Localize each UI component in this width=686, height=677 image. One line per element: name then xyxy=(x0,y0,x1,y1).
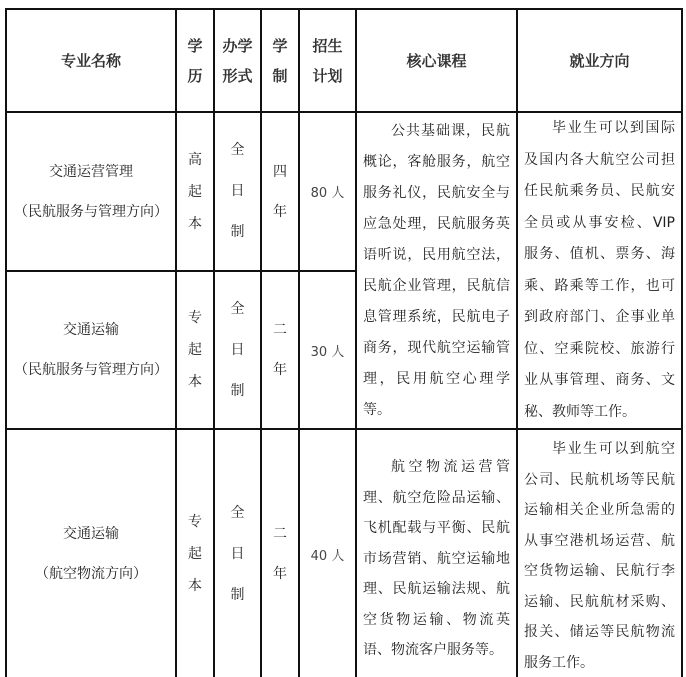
level-text: 专起本 xyxy=(188,302,202,398)
major-direction: （航空物流方向） xyxy=(7,554,175,594)
duration-cell: 四年 xyxy=(261,112,299,271)
mode-text: 全日制 xyxy=(231,130,245,253)
table-row: 交通运营管理 （民航服务与管理方向） 高起本 全日制 四年 80 人 公共基础课… xyxy=(6,112,682,271)
level-cell: 专起本 xyxy=(176,271,214,429)
career-cell-merged: 毕业生可以到国际及国内各大航空公司担任民航乘务员、民航安全员或从事安检、VIP … xyxy=(517,112,682,429)
major-name: 交通运营管理 xyxy=(7,152,175,192)
enrollment-cell: 30 人 xyxy=(299,271,356,429)
duration-text: 二年 xyxy=(273,514,287,594)
mode-text: 全日制 xyxy=(231,289,245,412)
header-duration-text: 学制 xyxy=(273,31,288,91)
enrollment-cell: 40 人 xyxy=(299,429,356,677)
duration-cell: 二年 xyxy=(261,429,299,677)
header-level-text: 学历 xyxy=(188,31,203,91)
major-direction: （民航服务与管理方向） xyxy=(7,350,175,390)
majors-table: 专业名称 学历 办学形式 学制 招生计划 核心课程 就业方向 交通运营管理 （民… xyxy=(5,8,683,677)
header-career: 就业方向 xyxy=(517,9,682,112)
header-major: 专业名称 xyxy=(6,9,176,112)
major-cell: 交通运输 （民航服务与管理方向） xyxy=(6,271,176,429)
level-text: 专起本 xyxy=(188,506,202,602)
mode-text: 全日制 xyxy=(231,493,245,616)
duration-text: 二年 xyxy=(273,310,287,390)
header-duration: 学制 xyxy=(261,9,299,112)
courses-text: 公共基础课，民航概论，客舱服务，航空服务礼仪，民航安全与应急处理，民航服务英语听… xyxy=(357,116,516,426)
header-enrollment: 招生计划 xyxy=(299,9,356,112)
mode-cell: 全日制 xyxy=(214,429,261,677)
major-direction: （民航服务与管理方向） xyxy=(7,192,175,232)
mode-cell: 全日制 xyxy=(214,112,261,271)
major-cell: 交通运营管理 （民航服务与管理方向） xyxy=(6,112,176,271)
level-cell: 高起本 xyxy=(176,112,214,271)
enrollment-text: 40 人 xyxy=(311,549,345,564)
header-mode: 办学形式 xyxy=(214,9,261,112)
level-text: 高起本 xyxy=(188,144,202,240)
header-level: 学历 xyxy=(176,9,214,112)
major-name: 交通运输 xyxy=(7,310,175,350)
level-cell: 专起本 xyxy=(176,429,214,677)
courses-cell: 航空物流运营管理、航空危险品运输、飞机配载与平衡、民航市场营销、航空运输地理、民… xyxy=(356,429,517,677)
career-text: 毕业生可以到航空公司、民航机场等民航运输相关企业所急需的从事空港机场运营、航空货… xyxy=(518,434,681,677)
header-enrollment-text: 招生计划 xyxy=(313,31,343,91)
duration-cell: 二年 xyxy=(261,271,299,429)
header-row: 专业名称 学历 办学形式 学制 招生计划 核心课程 就业方向 xyxy=(6,9,682,112)
career-text: 毕业生可以到国际及国内各大航空公司担任民航乘务员、民航安全员或从事安检、VIP … xyxy=(518,113,681,428)
duration-text: 四年 xyxy=(273,152,287,232)
mode-cell: 全日制 xyxy=(214,271,261,429)
table-row: 交通运输 （航空物流方向） 专起本 全日制 二年 40 人 航空物流运营管理、航… xyxy=(6,429,682,677)
courses-cell-merged: 公共基础课，民航概论，客舱服务，航空服务礼仪，民航安全与应急处理，民航服务英语听… xyxy=(356,112,517,429)
header-mode-text: 办学形式 xyxy=(223,31,253,91)
major-cell: 交通运输 （航空物流方向） xyxy=(6,429,176,677)
courses-text: 航空物流运营管理、航空危险品运输、飞机配载与平衡、民航市场营销、航空运输地理、民… xyxy=(357,452,516,666)
enrollment-text: 80 人 xyxy=(311,186,345,201)
enrollment-cell: 80 人 xyxy=(299,112,356,271)
enrollment-text: 30 人 xyxy=(311,345,345,360)
header-courses: 核心课程 xyxy=(356,9,517,112)
career-cell: 毕业生可以到航空公司、民航机场等民航运输相关企业所急需的从事空港机场运营、航空货… xyxy=(517,429,682,677)
major-name: 交通运输 xyxy=(7,514,175,554)
